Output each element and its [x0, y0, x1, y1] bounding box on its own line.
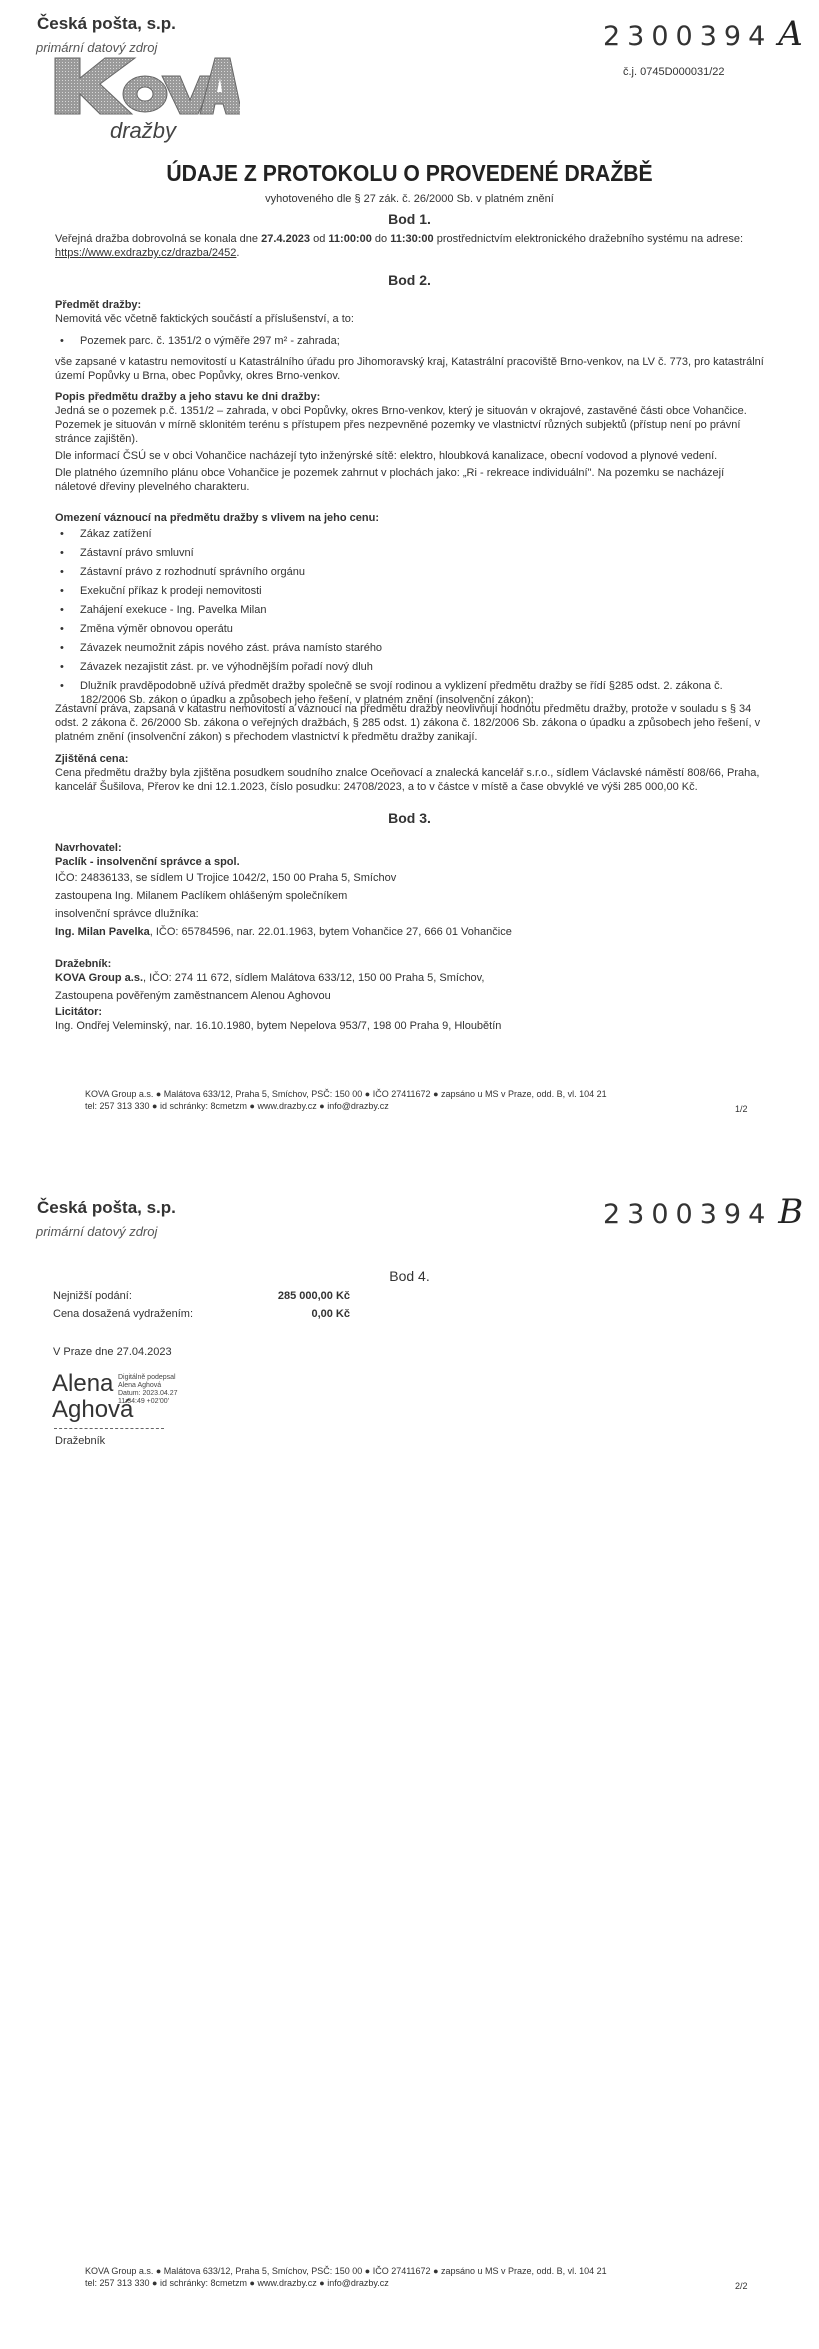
popis-plan: Dle platného územního plánu obce Vohanči… [55, 466, 765, 494]
ceska-posta-subtitle: primární datový zdroj [36, 1224, 157, 1239]
dluznik: Ing. Milan Pavelka, IČO: 65784596, nar. … [55, 923, 765, 941]
document-subtitle: vyhotoveného dle § 27 zák. č. 26/2000 Sb… [0, 193, 819, 205]
document-barcode-number: 2300394B [603, 1192, 803, 1232]
omezeni-label: Omezení váznoucí na předmětu dražby s vl… [55, 511, 765, 525]
predmet-registry: vše zapsané v katastru nemovitostí u Kat… [55, 355, 765, 383]
reference-number: č.j. 0745D000031/22 [623, 66, 725, 78]
kova-logo-subtitle: dražby [110, 118, 176, 144]
page-1: Česká pošta, s.p. primární datový zdroj … [0, 0, 819, 1170]
navrhovatel-section: Navrhovatel: Paclík - insolvenční správc… [55, 841, 765, 941]
cena-label: Zjištěná cena: [55, 752, 765, 766]
popis-text: Jedná se o pozemek p.č. 1351/2 – zahrada… [55, 404, 765, 446]
cena-text: Cena předmětu dražby byla zjištěna posud… [55, 766, 765, 794]
omezeni-item: Zástavní právo z rozhodnutí správního or… [60, 565, 305, 579]
navrhovatel-role: insolvenční správce dlužníka: [55, 905, 765, 923]
bod-1-text: Veřejná dražba dobrovolná se konala dne … [55, 232, 765, 260]
footer-line-1: KOVA Group a.s. ● Malátova 633/12, Praha… [85, 2265, 607, 2277]
omezeni-item: Exekuční příkaz k prodeji nemovitosti [60, 584, 262, 598]
page-number: 2/2 [735, 2281, 748, 2291]
drazebnik-rep: Zastoupena pověřeným zaměstnancem Alenou… [55, 989, 765, 1003]
ceska-posta-name: Česká pošta, s.p. [37, 14, 176, 34]
footer-line-2: tel: 257 313 330 ● id schránky: 8cmetzm … [85, 2277, 607, 2289]
signature-role: Dražebník [55, 1435, 105, 1447]
ceska-posta-name: Česká pošta, s.p. [37, 1198, 176, 1218]
dluznik-name: Ing. Milan Pavelka [55, 926, 150, 938]
popis-label: Popis předmětu dražby a jeho stavu ke dn… [55, 390, 765, 404]
bod-4-heading: Bod 4. [0, 1268, 819, 1284]
drazebnik-section: Dražebník: KOVA Group a.s., IČO: 274 11 … [55, 957, 765, 1003]
place-date: V Praze dne 27.04.2023 [53, 1346, 172, 1358]
predmet-item: Pozemek parc. č. 1351/2 o výměře 297 m² … [60, 334, 340, 348]
nejnizsi-podani-value: 285 000,00 Kč [230, 1290, 350, 1302]
omezeni-item: Zástavní právo smluvní [60, 546, 194, 560]
bod-2-heading: Bod 2. [0, 272, 819, 288]
omezeni-item: Změna výměr obnovou operátu [60, 622, 233, 636]
cena-vydrazeni-label: Cena dosažená vydražením: [53, 1308, 193, 1320]
barcode-letter: B [778, 1192, 803, 1232]
popis-section: Popis předmětu dražby a jeho stavu ke dn… [55, 390, 765, 494]
barcode-digits: 2300394 [603, 1199, 772, 1230]
licitator-text: Ing. Ondřej Veleminský, nar. 16.10.1980,… [55, 1019, 765, 1033]
nejnizsi-podani-label: Nejnižší podání: [53, 1290, 132, 1302]
predmet-section: Předmět dražby: Nemovitá věc včetně fakt… [55, 298, 765, 326]
bod-1-heading: Bod 1. [0, 211, 819, 227]
document-title: ÚDAJE Z PROTOKOLU O PROVEDENÉ DRAŽBĚ [33, 160, 786, 187]
licitator-section: Licitátor: Ing. Ondřej Veleminský, nar. … [55, 1005, 765, 1033]
navrhovatel-name: Paclík - insolvenční správce a spol. [55, 855, 765, 869]
footer-page-1: KOVA Group a.s. ● Malátova 633/12, Praha… [85, 1088, 607, 1112]
footer-line-2: tel: 257 313 330 ● id schránky: 8cmetzm … [85, 1100, 607, 1112]
bod-3-heading: Bod 3. [0, 810, 819, 826]
predmet-label: Předmět dražby: [55, 298, 765, 312]
footer-line-1: KOVA Group a.s. ● Malátova 633/12, Praha… [85, 1088, 607, 1100]
page-2: Česká pošta, s.p. primární datový zdroj … [0, 1170, 819, 2349]
licitator-label: Licitátor: [55, 1005, 765, 1019]
document-barcode-number: 2300394A [603, 14, 803, 54]
omezeni-item: Zahájení exekuce - Ing. Pavelka Milan [60, 603, 267, 617]
barcode-letter: A [778, 14, 803, 54]
page-number: 1/2 [735, 1104, 748, 1114]
signature-meta: Digitálně podepsal Alena Aghová Datum: 2… [118, 1374, 178, 1406]
omezeni-item: Zákaz zatížení [60, 527, 152, 541]
auction-time-to: 11:30:00 [390, 233, 433, 245]
predmet-intro: Nemovitá věc včetně faktických součástí … [55, 312, 765, 326]
barcode-digits: 2300394 [603, 21, 772, 52]
auction-date: 27.4.2023 [261, 233, 310, 245]
drazebnik-line: KOVA Group a.s., IČO: 274 11 672, sídlem… [55, 971, 765, 985]
footer-page-2: KOVA Group a.s. ● Malátova 633/12, Praha… [85, 2265, 607, 2289]
navrhovatel-label: Navrhovatel: [55, 841, 765, 855]
cena-section: Zjištěná cena: Cena předmětu dražby byla… [55, 752, 765, 794]
kova-logo-icon [50, 56, 240, 116]
omezeni-item: Závazek neumožnit zápis nového zást. prá… [60, 641, 382, 655]
zastavni-text: Zástavní práva, zapsaná v katastru nemov… [55, 702, 765, 744]
auction-url-link[interactable]: https://www.exdrazby.cz/drazba/2452 [55, 247, 236, 259]
popis-site: Dle informací ČSÚ se v obci Vohančice na… [55, 449, 765, 463]
auction-time-from: 11:00:00 [328, 233, 371, 245]
drazebnik-label: Dražebník: [55, 957, 765, 971]
omezeni-item: Závazek nezajistit zást. pr. ve výhodněj… [60, 660, 373, 674]
cena-vydrazeni-value: 0,00 Kč [230, 1308, 350, 1320]
ceska-posta-subtitle: primární datový zdroj [36, 40, 157, 55]
navrhovatel-rep: zastoupena Ing. Milanem Paclíkem ohlášen… [55, 887, 765, 905]
drazebnik-name: KOVA Group a.s. [55, 972, 143, 984]
signature-line [54, 1428, 164, 1429]
navrhovatel-ico: IČO: 24836133, se sídlem U Trojice 1042/… [55, 869, 765, 887]
kova-logo [50, 56, 240, 116]
